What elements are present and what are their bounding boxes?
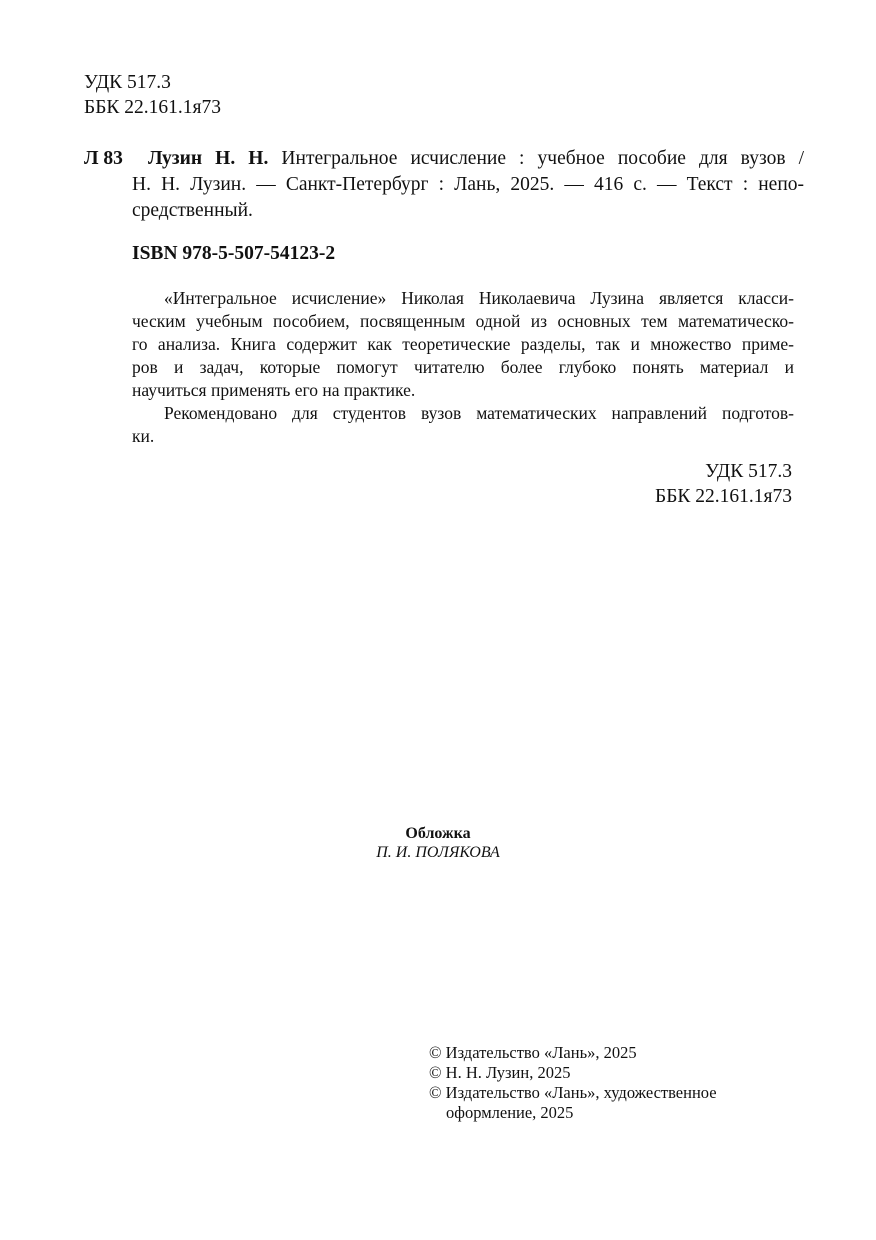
top-classification-codes: УДК 517.3 ББК 22.161.1я73 [84, 70, 221, 120]
copyright-line: © Издательство «Лань», 2025 [429, 1043, 717, 1063]
abstract-line: «Интегральное исчисление» Николая Никола… [132, 287, 794, 310]
copyright-line: оформление, 2025 [429, 1103, 717, 1123]
isbn: ISBN 978-5-507-54123-2 [132, 243, 335, 265]
copyright-block: © Издательство «Лань», 2025 © Н. Н. Лузи… [429, 1043, 717, 1123]
bibliographic-entry: Л 83 Лузин Н. Н. Интегральное исчисление… [84, 146, 804, 224]
abstract-line: ров и задач, которые помогут читателю бо… [132, 356, 794, 379]
udk-code: УДК 517.3 [655, 459, 792, 484]
abstract: «Интегральное исчисление» Николая Никола… [132, 287, 794, 448]
author-mark: Л 83 [84, 146, 123, 172]
recommendation-line: Рекомендовано для студентов вузов матема… [132, 402, 794, 425]
recommendation-line: ки. [132, 425, 794, 448]
entry-line-2: Н. Н. Лузин. — Санкт-Петербург : Лань, 2… [132, 172, 804, 198]
abstract-line: ческим учебным пособием, посвященным одн… [132, 310, 794, 333]
udk-code: УДК 517.3 [84, 70, 221, 95]
cover-designer: П. И. ПОЛЯКОВА [0, 843, 876, 862]
copyright-line: © Н. Н. Лузин, 2025 [429, 1063, 717, 1083]
bbk-code: ББК 22.161.1я73 [655, 484, 792, 509]
author-name: Лузин Н. Н. [148, 148, 268, 169]
entry-line-1: Лузин Н. Н. Интегральное исчисление : уч… [148, 146, 804, 172]
bottom-classification-codes: УДК 517.3 ББК 22.161.1я73 [655, 459, 792, 509]
copyright-line: © Издательство «Лань», художественное [429, 1083, 717, 1103]
abstract-line: научиться применять его на практике. [132, 379, 794, 402]
entry-title: Интегральное исчисление : учебное пособи… [281, 148, 804, 169]
cover-label: Обложка [0, 824, 876, 843]
entry-line-3: средственный. [132, 198, 804, 224]
abstract-line: го анализа. Книга содержит как теоретиче… [132, 333, 794, 356]
bbk-code: ББК 22.161.1я73 [84, 95, 221, 120]
cover-credit: Обложка П. И. ПОЛЯКОВА [0, 824, 876, 862]
